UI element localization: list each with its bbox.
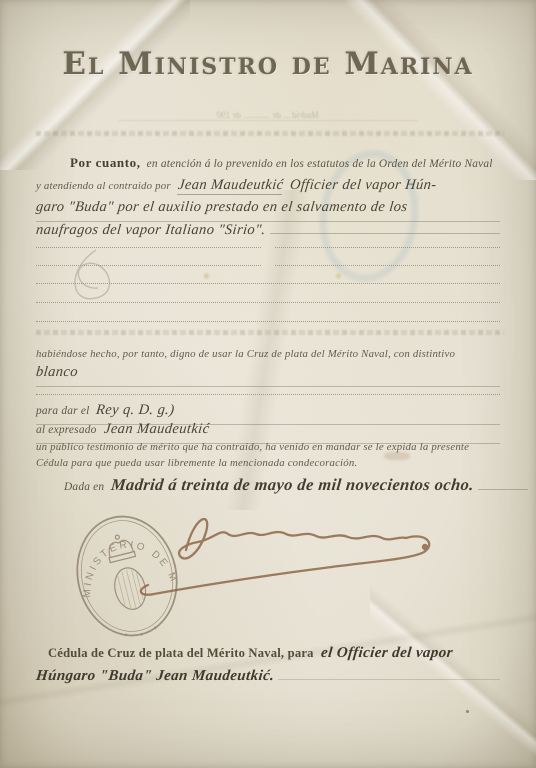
handwritten-text: Officier del vapor Hún- — [289, 177, 437, 194]
printed-text: y atendiendo al contraido por — [36, 180, 171, 192]
ink-smudge — [384, 452, 410, 460]
handwritten-text: Jean Maudeutkić — [103, 421, 210, 438]
showthrough-text-strip — [36, 330, 504, 335]
seal-bottom-marks — [125, 626, 158, 639]
body-line: Cédula para que pueda usar libremente la… — [36, 457, 500, 469]
paper-speck — [466, 710, 469, 713]
pencil-doodle — [48, 238, 158, 328]
body-line: garo "Buda" por el auxilio prestado en e… — [36, 199, 500, 222]
printed-text: Cédula de Cruz de plata del Mérito Naval… — [48, 646, 314, 661]
footer-line: Húngaro "Buda" Jean Maudeutkić. — [36, 667, 500, 685]
page-title: El Ministro de Marina — [0, 46, 536, 82]
printed-text: Dada en — [64, 481, 104, 493]
minister-signature — [128, 498, 458, 613]
body-line: y atendiendo al contraido por Jean Maude… — [36, 177, 500, 195]
handwritten-text: Rey q. D. g.) — [96, 402, 176, 419]
printed-text: un público testimonio de mérito que ha c… — [36, 441, 469, 453]
printed-text: en atención á lo prevenido en los estatu… — [147, 158, 493, 170]
showthrough-text-strip — [36, 131, 504, 136]
ruled-segment — [275, 251, 500, 266]
handwritten-text: el Officier del vapor — [320, 645, 454, 662]
handwritten-text: blanco — [35, 364, 79, 381]
ruled-line-fill — [278, 667, 500, 680]
printed-text: habiéndose hecho, por tanto, digno de us… — [36, 348, 455, 360]
body-line: habiéndose hecho, por tanto, digno de us… — [36, 348, 500, 360]
printed-lead-text: Por cuanto, — [70, 155, 141, 171]
paper-stain — [202, 272, 211, 280]
ruled-segment — [275, 233, 500, 248]
handwritten-text: garo "Buda" por el auxilio prestado en e… — [35, 199, 408, 216]
printed-text: al expresado — [36, 424, 97, 436]
ruled-segment — [36, 380, 500, 395]
body-line: un público testimonio de mérito que ha c… — [36, 441, 500, 453]
showthrough-date-line: Madrid ... de ............ de 190 — [118, 110, 418, 121]
paper-stain — [334, 272, 343, 280]
ruled-line-fill — [478, 477, 528, 490]
ruled-blank-line — [36, 380, 500, 395]
body-line: Dada en Madrid á treinta de mayo de mil … — [36, 475, 528, 495]
body-line: Por cuanto, en atención á lo prevenido e… — [36, 155, 534, 171]
handwritten-text: Madrid á treinta de mayo de mil novecien… — [110, 475, 475, 495]
printed-text: para dar el — [36, 405, 89, 417]
printed-text: Cédula para que pueda usar libremente la… — [36, 457, 357, 469]
document-paper: El Ministro de Marina Madrid ... de ....… — [0, 0, 536, 768]
footer-line: Cédula de Cruz de plata del Mérito Naval… — [48, 645, 500, 662]
handwritten-name: Jean Maudeutkić — [177, 177, 284, 195]
handwritten-text: Húngaro "Buda" Jean Maudeutkić. — [35, 668, 275, 685]
